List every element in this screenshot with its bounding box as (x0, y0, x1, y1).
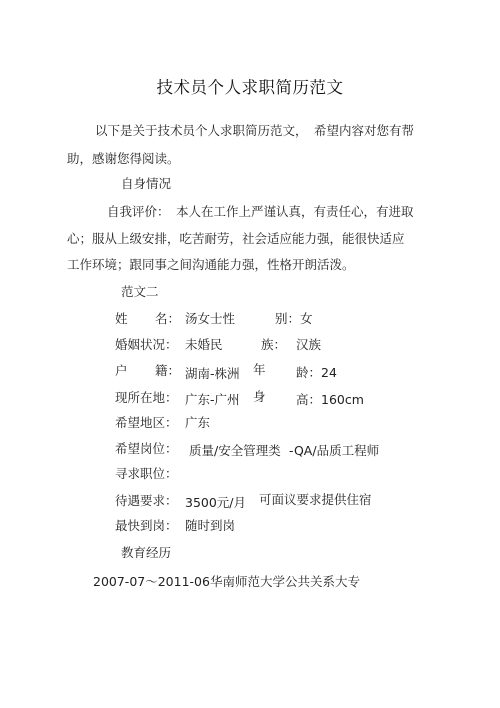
marital-label: 婚姻状况： (115, 337, 178, 353)
self-section-heading: 自身情况 (121, 176, 171, 192)
salary-label: 待遇要求： (115, 493, 178, 509)
intro-text-line2: 助，感谢您得阅读。 (67, 151, 180, 167)
intro-text-line1-part2: 希望内容对您有帮 (314, 123, 414, 139)
salary-note: 可面议要求提供住宿 (259, 492, 372, 508)
height-label-a: 身 (253, 389, 266, 405)
seek-position-label: 寻求职位： (115, 466, 178, 482)
marital-value: 未婚民 (185, 337, 223, 353)
region-label: 希望地区： (115, 415, 178, 431)
age-label-a: 年 (253, 362, 266, 378)
start-label: 最快到岗： (115, 518, 178, 534)
region-value: 广东 (185, 415, 210, 431)
position-value-a: 质量/安全管理类 (189, 443, 281, 459)
gender-field: 别：女 (275, 311, 313, 327)
document-page: 技术员个人求职简历范文 以下是关于技术员个人求职简历范文， 希望内容对您有帮 助… (0, 0, 500, 708)
hukou-label-b: 籍： (155, 363, 180, 379)
hukou-value: 湖南-株洲 (185, 366, 240, 382)
self-evaluation-line1: 本人在工作上严谨认真，有责任心，有进取 (176, 204, 414, 220)
intro-text-line1-part1: 以下是关于技术员个人求职简历范文， (95, 123, 308, 139)
sample-two-heading: 范文二 (121, 284, 159, 300)
ethnicity-label: 族： (261, 337, 286, 353)
position-label: 希望岗位： (115, 441, 178, 457)
education-heading: 教育经历 (121, 545, 171, 561)
name-value: 汤女士性 (185, 311, 235, 327)
height-field: 高：160cm (296, 392, 364, 408)
age-field: 龄：24 (296, 365, 337, 381)
hukou-label-a: 户 (115, 363, 128, 379)
education-entry: 2007-07～2011-06华南师范大学公共关系大专 (93, 574, 360, 590)
position-value-b: -QA/品质工程师 (289, 443, 379, 459)
document-title: 技术员个人求职简历范文 (0, 77, 500, 99)
self-evaluation-line3: 工作环境；跟同事之间沟通能力强，性格开朗活泼。 (67, 257, 355, 273)
name-label-b: 名： (155, 311, 180, 327)
name-label-a: 姓 (115, 311, 128, 327)
ethnicity-value: 汉族 (296, 337, 321, 353)
residence-label: 现所在地： (115, 390, 178, 406)
start-value: 随时到岗 (185, 518, 235, 534)
self-evaluation-line2: 心；服从上级安排，吃苦耐劳，社会适应能力强，能很快适应 (67, 231, 405, 247)
self-evaluation-label: 自我评价： (107, 204, 170, 220)
residence-value: 广东-广州 (185, 392, 240, 408)
salary-value: 3500元/月 (185, 495, 246, 511)
